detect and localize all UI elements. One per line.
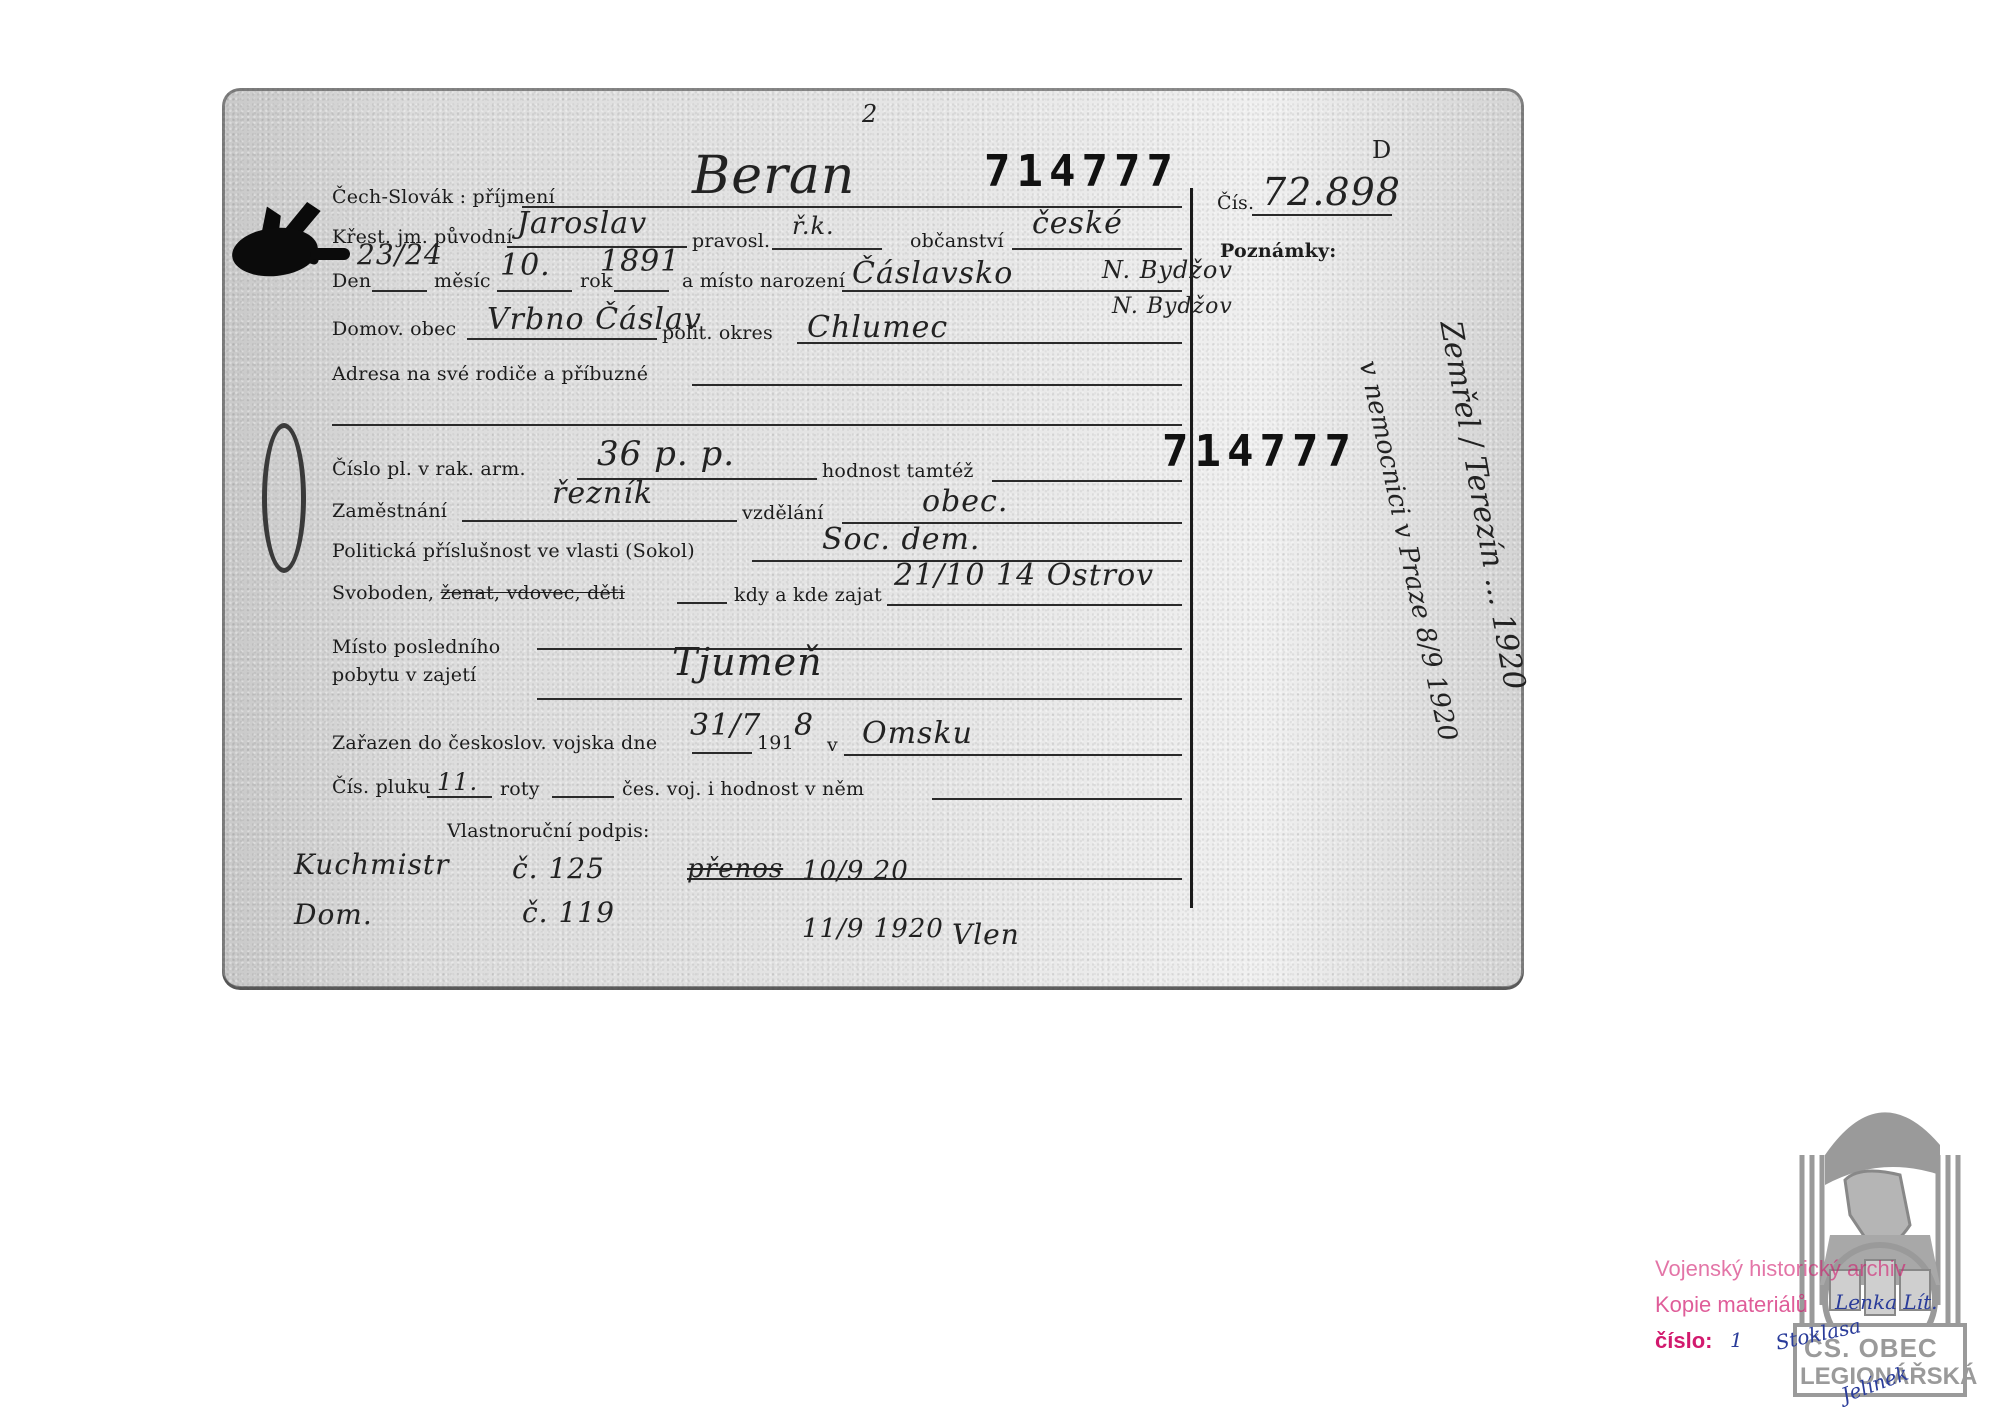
- citizenship-line: [1012, 248, 1182, 250]
- note-line1-b: č. 125: [512, 852, 605, 885]
- district-note: N. Bydžov: [1112, 294, 1233, 319]
- last-residence-line-1: [537, 648, 1182, 650]
- enlisted-place-label: v: [827, 734, 838, 756]
- home-label: Domov. obec: [332, 318, 456, 340]
- right-number-value: 72.898: [1262, 170, 1401, 214]
- note-line2-c: 11/9 1920: [802, 914, 944, 944]
- surname-value: Beran: [692, 146, 855, 206]
- enlisted-place-value: Omsku: [862, 716, 973, 751]
- oval-mark: [262, 423, 306, 573]
- legionnaire-record-card: 2 714777 714777 Čech-Slovák : příjmení B…: [222, 88, 1524, 990]
- note-line1-c: přenos: [687, 854, 783, 884]
- stamp-handwritten-1: Lenka Lít.: [1835, 1290, 1937, 1314]
- rank-line: [992, 480, 1182, 482]
- enlisted-year-suffix: 8: [794, 708, 814, 743]
- address-line-2: [332, 424, 1182, 426]
- last-residence-value: Tjumeň: [672, 640, 823, 684]
- right-number-superscript: D: [1372, 136, 1392, 164]
- captured-line: [887, 604, 1182, 606]
- year-line: [614, 290, 669, 292]
- note-line1-a: Kuchmistr: [294, 848, 450, 881]
- last-residence-line-2: [537, 698, 1182, 700]
- stamp-line-3-label: číslo:: [1655, 1328, 1712, 1354]
- captured-value: 21/10 14 Ostrov: [894, 558, 1154, 593]
- stamp-line-2: Kopie materiálů: [1655, 1292, 1808, 1318]
- religion-line: [772, 248, 882, 250]
- day-label: Den: [332, 270, 371, 292]
- birthplace-note: N. Bydžov: [1102, 256, 1233, 284]
- education-label: vzdělání: [742, 502, 823, 524]
- company-label: roty: [500, 778, 540, 800]
- enlisted-place-line: [844, 754, 1182, 756]
- enlisted-date-line: [692, 752, 752, 754]
- day-line: [372, 290, 427, 292]
- regiment-line: [427, 796, 492, 798]
- rank-label: hodnost tamtéž: [822, 460, 974, 482]
- top-mark: 2: [862, 100, 878, 128]
- regiment-value: 11.: [437, 768, 478, 796]
- note-line1-d: 10/9 20: [802, 856, 909, 886]
- political-label: Politická příslušnost ve vlasti (Sokol): [332, 540, 695, 562]
- enlisted-label: Zařazen do českoslov. vojska dne: [332, 732, 657, 754]
- occupation-value: řezník: [552, 476, 653, 511]
- company-line: [552, 796, 614, 798]
- right-number-label: Čís.: [1217, 192, 1254, 214]
- citizenship-label: občanství: [910, 230, 1004, 252]
- occupation-label: Zaměstnání: [332, 500, 447, 522]
- birthplace-label: a místo narození: [682, 270, 845, 292]
- stamp-line-1: Vojenský historický archiv: [1655, 1256, 1906, 1282]
- religion-value: ř.k.: [792, 212, 835, 240]
- month-line: [497, 290, 572, 292]
- occupation-line: [462, 520, 737, 522]
- address-line-1: [692, 384, 1182, 386]
- right-number-line: [1252, 214, 1392, 216]
- address-label: Adresa na své rodiče a příbuzné: [332, 363, 648, 385]
- enlisted-year-prefix: 191: [757, 732, 794, 754]
- marital-label: Svoboden, ženat, vdovec, děti: [332, 582, 625, 604]
- signature-label: Vlastnoruční podpis:: [447, 820, 650, 842]
- unit-label: Číslo pl. v rak. arm.: [332, 458, 526, 480]
- district-label: polit. okres: [662, 322, 773, 344]
- marital-status-free: Svoboden,: [332, 582, 434, 604]
- month-label: měsíc: [434, 270, 491, 292]
- last-residence-label-1: Místo posledního: [332, 636, 500, 658]
- enlisted-date-value: 31/7: [690, 708, 761, 743]
- marital-status-struck: ženat, vdovec, děti: [441, 582, 626, 604]
- home-line: [467, 338, 657, 340]
- serial-number-top: 714777: [984, 146, 1179, 197]
- note-line2-d: Vlen: [952, 918, 1020, 951]
- citizenship-value: české: [1032, 206, 1123, 241]
- nationality-label: Čech-Slovák : příjmení: [332, 186, 555, 208]
- day-value: 23/24: [357, 238, 443, 271]
- first-name-value: Jaroslav: [517, 206, 647, 241]
- captured-label: kdy a kde zajat: [734, 584, 882, 606]
- cz-rank-label: čes. voj. i hodnost v něm: [622, 778, 864, 800]
- education-value: obec.: [922, 484, 1008, 519]
- remarks-vertical-1: Zemřel / Terezín ... 1920: [1433, 318, 1532, 693]
- political-value: Soc. dem.: [822, 522, 980, 557]
- birthplace-value: Čáslavsko: [852, 256, 1013, 291]
- district-value: Chlumec: [807, 310, 948, 345]
- stamp-line-3-value: 1: [1730, 1328, 1743, 1352]
- legion-emblem: ČS. OBEC LEGIONÁŘSKÁ: [1790, 1085, 1970, 1400]
- month-value: 10.: [500, 248, 551, 283]
- marital-line: [677, 602, 727, 604]
- last-residence-label-2: pobytu v zajetí: [332, 664, 476, 686]
- religion-label: pravosl.: [692, 230, 770, 252]
- ink-blot-tail: [310, 248, 350, 260]
- regiment-label: Čís. pluku: [332, 776, 431, 798]
- remarks-label: Poznámky:: [1220, 240, 1337, 262]
- remarks-vertical-2: v nemocnici v Praze 8/9 1920: [1353, 358, 1463, 744]
- unit-value: 36 p. p.: [597, 434, 735, 474]
- note-line2-b: č. 119: [522, 896, 615, 929]
- cz-rank-line: [932, 798, 1182, 800]
- note-line2-a: Dom.: [294, 898, 373, 931]
- year-value: 1891: [600, 244, 680, 279]
